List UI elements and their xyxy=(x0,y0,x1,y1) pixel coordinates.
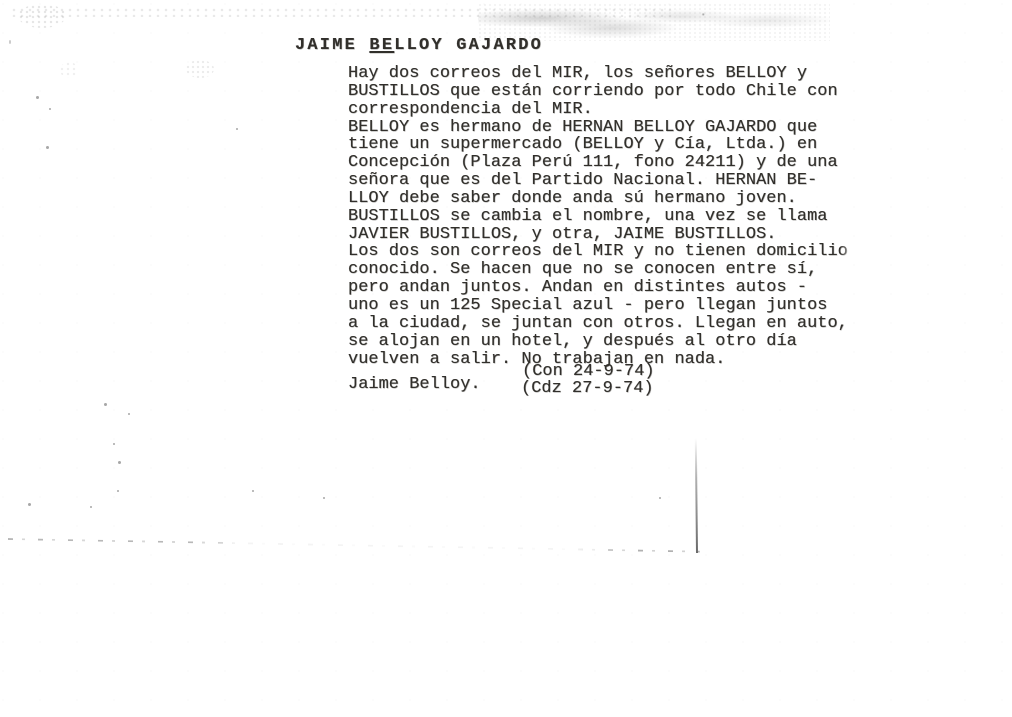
text-line: Hay dos correos del MIR, los señores BEL… xyxy=(348,65,848,83)
text-line: BELLOY es hermano de HERNAN BELLOY GAJAR… xyxy=(348,119,848,137)
text-line: pero andan juntos. Andan en distintes au… xyxy=(348,279,848,297)
scan-speck xyxy=(128,413,130,415)
text-line: tiene un supermercado (BELLOY y Cía, Ltd… xyxy=(348,136,848,154)
signature-name: Jaime Belloy. xyxy=(348,376,481,394)
title-part-post: LLOY GAJARDO xyxy=(394,36,543,55)
scan-speck xyxy=(236,128,238,130)
scan-speck xyxy=(90,506,92,508)
card-bottom-edge-line xyxy=(8,538,700,552)
text-line: Los dos son correos del MIR y no tienen … xyxy=(348,243,848,261)
date-note-cdz: (Cdz 27-9-74) xyxy=(521,380,654,398)
text-line: correspondencia del MIR. xyxy=(348,101,848,119)
text-line: a la ciudad, se juntan con otros. Llegan… xyxy=(348,315,848,333)
text-line: BUSTILLOS que están corriendo por todo C… xyxy=(348,83,848,101)
typed-body-text: Hay dos correos del MIR, los señores BEL… xyxy=(348,65,848,368)
scan-speck xyxy=(118,461,121,464)
scan-speck-cluster xyxy=(186,60,214,78)
scan-speck xyxy=(323,497,325,499)
text-line: conocido. Se hacen que no se conocen ent… xyxy=(348,261,848,279)
scan-speck xyxy=(252,490,254,492)
text-line: Concepción (Plaza Perú 111, fono 24211) … xyxy=(348,154,848,172)
text-line: se alojan en un hotel, y después al otro… xyxy=(348,333,848,351)
text-line: uno es un 125 Special azul - pero llegan… xyxy=(348,297,848,315)
scan-speck xyxy=(113,443,115,445)
scan-speck xyxy=(117,490,119,492)
document-title: JAIME BELLOY GAJARDO xyxy=(295,37,543,55)
text-line: JAVIER BUSTILLOS, y otra, JAIME BUSTILLO… xyxy=(348,226,848,244)
scan-speck xyxy=(36,96,39,99)
scan-speck xyxy=(46,146,49,149)
scan-speck-cluster xyxy=(60,62,78,78)
scan-speck xyxy=(9,40,11,44)
title-part-pre: JAIME xyxy=(295,36,369,55)
scan-edge-cutoff-fade xyxy=(840,244,874,268)
title-part-underlined: BE xyxy=(369,36,394,55)
scan-speck xyxy=(28,503,31,506)
text-line: LLOY debe saber donde anda sú hermano jo… xyxy=(348,190,848,208)
scan-speck xyxy=(104,403,107,406)
text-line: señora que es del Partido Nacional. HERN… xyxy=(348,172,848,190)
card-right-edge-line xyxy=(695,438,698,553)
scan-noise-top-left xyxy=(18,4,66,28)
text-line: BUSTILLOS se cambia el nombre, una vez s… xyxy=(348,208,848,226)
scan-speck xyxy=(659,497,661,499)
scanned-document-page: JAIME BELLOY GAJARDO Hay dos correos del… xyxy=(0,0,1012,717)
scan-speck xyxy=(49,108,51,110)
